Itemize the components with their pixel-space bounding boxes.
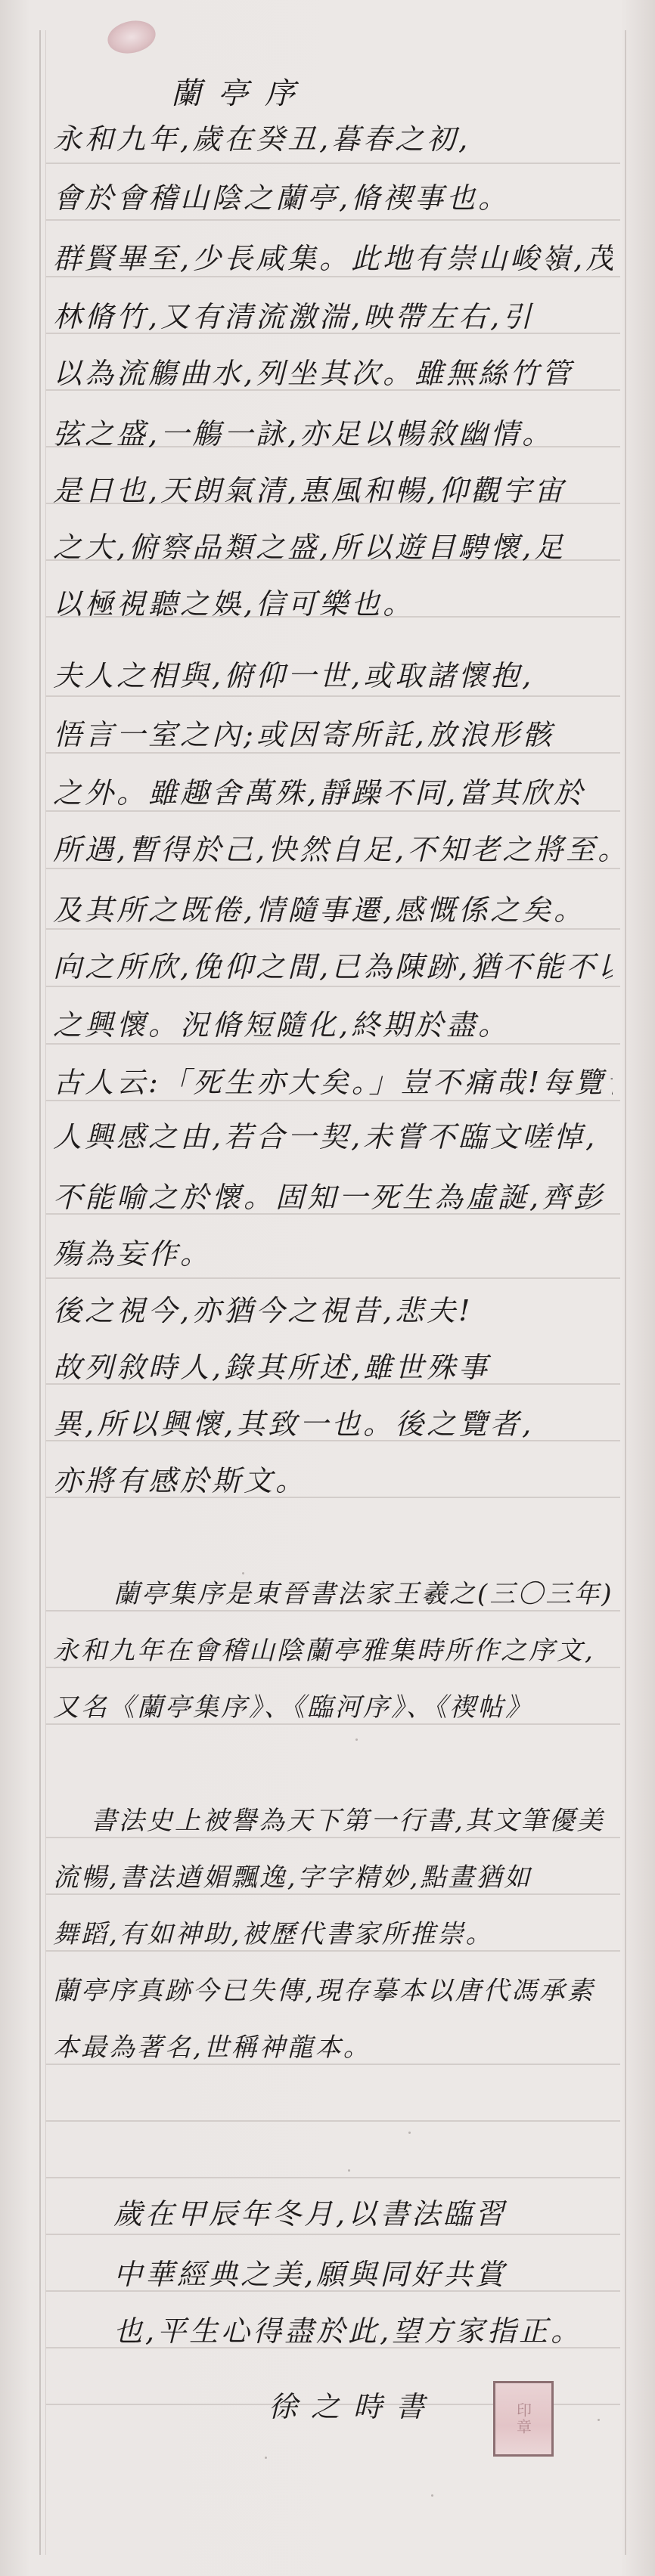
rule-line (45, 868, 620, 869)
text-line: 亦將有感於斯文。 (53, 1463, 613, 1499)
text-line: 及其所之既倦,情隨事遷,感慨係之矣。 (53, 892, 613, 928)
scroll-border-right (625, 30, 626, 2555)
rule-line (45, 2234, 620, 2235)
commentary-line: 書法史上被譽為天下第一行書,其文筆優美 (91, 1803, 613, 1839)
rule-line (45, 1043, 620, 1045)
scroll-title: 蘭亭序 (171, 70, 312, 113)
text-line: 後之視今,亦猶今之視昔,悲夫! (53, 1293, 613, 1329)
commentary-line: 蘭亭序真跡今已失傳,現存摹本以唐代馮承素 (53, 1973, 613, 2009)
top-seal-icon (104, 17, 158, 57)
colophon-line: 又名《蘭亭集序》、《臨河序》、《禊帖》 (53, 1689, 613, 1726)
text-line: 林脩竹,又有清流激湍,映帶左右,引 (53, 299, 613, 335)
rule-line (45, 928, 620, 930)
paper-speck (242, 1572, 244, 1574)
rule-line (45, 2120, 620, 2122)
text-line: 以為流觴曲水,列坐其次。雖無絲竹管 (53, 355, 613, 392)
text-line: 會於會稽山陰之蘭亭,脩禊事也。 (53, 180, 613, 216)
inscription-line: 也,平生心得盡於此,望方家指正。 (113, 2313, 598, 2349)
scroll-border-left (39, 30, 41, 2555)
text-line: 之外。雖趣舍萬殊,靜躁不同,當其欣於 (53, 775, 613, 811)
text-line: 之興懷。況脩短隨化,終期於盡。 (53, 1007, 613, 1043)
text-line: 異,所以興懷,其致一也。後之覽者, (53, 1406, 613, 1442)
commentary-line: 本最為著名,世稱神龍本。 (53, 2030, 613, 2066)
commentary-line: 舞蹈,有如神助,被歷代書家所推崇。 (53, 1916, 613, 1952)
text-line: 是日也,天朗氣清,惠風和暢,仰觀宇宙 (53, 472, 613, 509)
text-line: 不能喻之於懷。固知一死生為虛誕,齊彭 (53, 1179, 613, 1215)
text-line: 向之所欣,俛仰之間,已為陳跡,猶不能不以 (53, 949, 613, 985)
calligraphy-scroll: 蘭亭序 永和九年,歲在癸丑,暮春之初, 會於會稽山陰之蘭亭,脩禊事也。 群賢畢至… (0, 0, 655, 2576)
inscription-line: 中華經典之美,願與同好共賞 (113, 2256, 598, 2293)
square-seal-icon: 印章 (493, 2381, 554, 2457)
text-line: 以極視聽之娛,信可樂也。 (53, 586, 613, 622)
inscription-line: 歲在甲辰年冬月,以書法臨習 (113, 2196, 598, 2232)
text-line: 故列敘時人,錄其所述,雖世殊事 (53, 1349, 613, 1386)
text-line: 人興感之由,若合一契,未嘗不臨文嗟悼, (53, 1119, 613, 1155)
rule-line (45, 1277, 620, 1279)
commentary-line: 流暢,書法遒媚飄逸,字字精妙,點畫猶如 (53, 1859, 613, 1896)
paper-speck (265, 2457, 267, 2459)
text-line: 悟言一室之內;或因寄所託,放浪形骸 (53, 717, 613, 753)
rule-line (45, 2177, 620, 2178)
seal-text: 印章 (495, 2383, 551, 2454)
signature: 徐之時書 (269, 2389, 465, 2425)
paper-speck (431, 2494, 433, 2497)
paper-speck (598, 2419, 600, 2421)
paper-speck (355, 1738, 358, 1741)
text-line: 夫人之相與,俯仰一世,或取諸懷抱, (53, 658, 613, 694)
paper-speck (348, 2169, 350, 2172)
text-line: 永和九年,歲在癸丑,暮春之初, (53, 121, 613, 157)
rule-line (45, 695, 620, 697)
text-line: 所遇,暫得於己,快然自足,不知老之將至。 (53, 831, 613, 868)
text-line: 群賢畢至,少長咸集。此地有崇山峻嶺,茂 (53, 240, 613, 277)
rule-line (45, 986, 620, 987)
scroll-border-inner-left (45, 30, 46, 2555)
text-line: 之大,俯察品類之盛,所以遊目騁懷,足 (53, 529, 613, 565)
text-line: 殤為妄作。 (53, 1236, 613, 1272)
colophon-line: 永和九年在會稽山陰蘭亭雅集時所作之序文, (53, 1633, 613, 1669)
rule-line (45, 219, 620, 221)
text-line: 弦之盛,一觴一詠,亦足以暢敘幽情。 (53, 416, 613, 452)
paper-speck (408, 2132, 411, 2134)
text-line: 古人云:「死生亦大矣。」豈不痛哉!每覽昔 (53, 1064, 613, 1101)
rule-line (45, 163, 620, 164)
colophon-line: 蘭亭集序是東晉書法家王羲之(三〇三年)於 (113, 1576, 613, 1612)
